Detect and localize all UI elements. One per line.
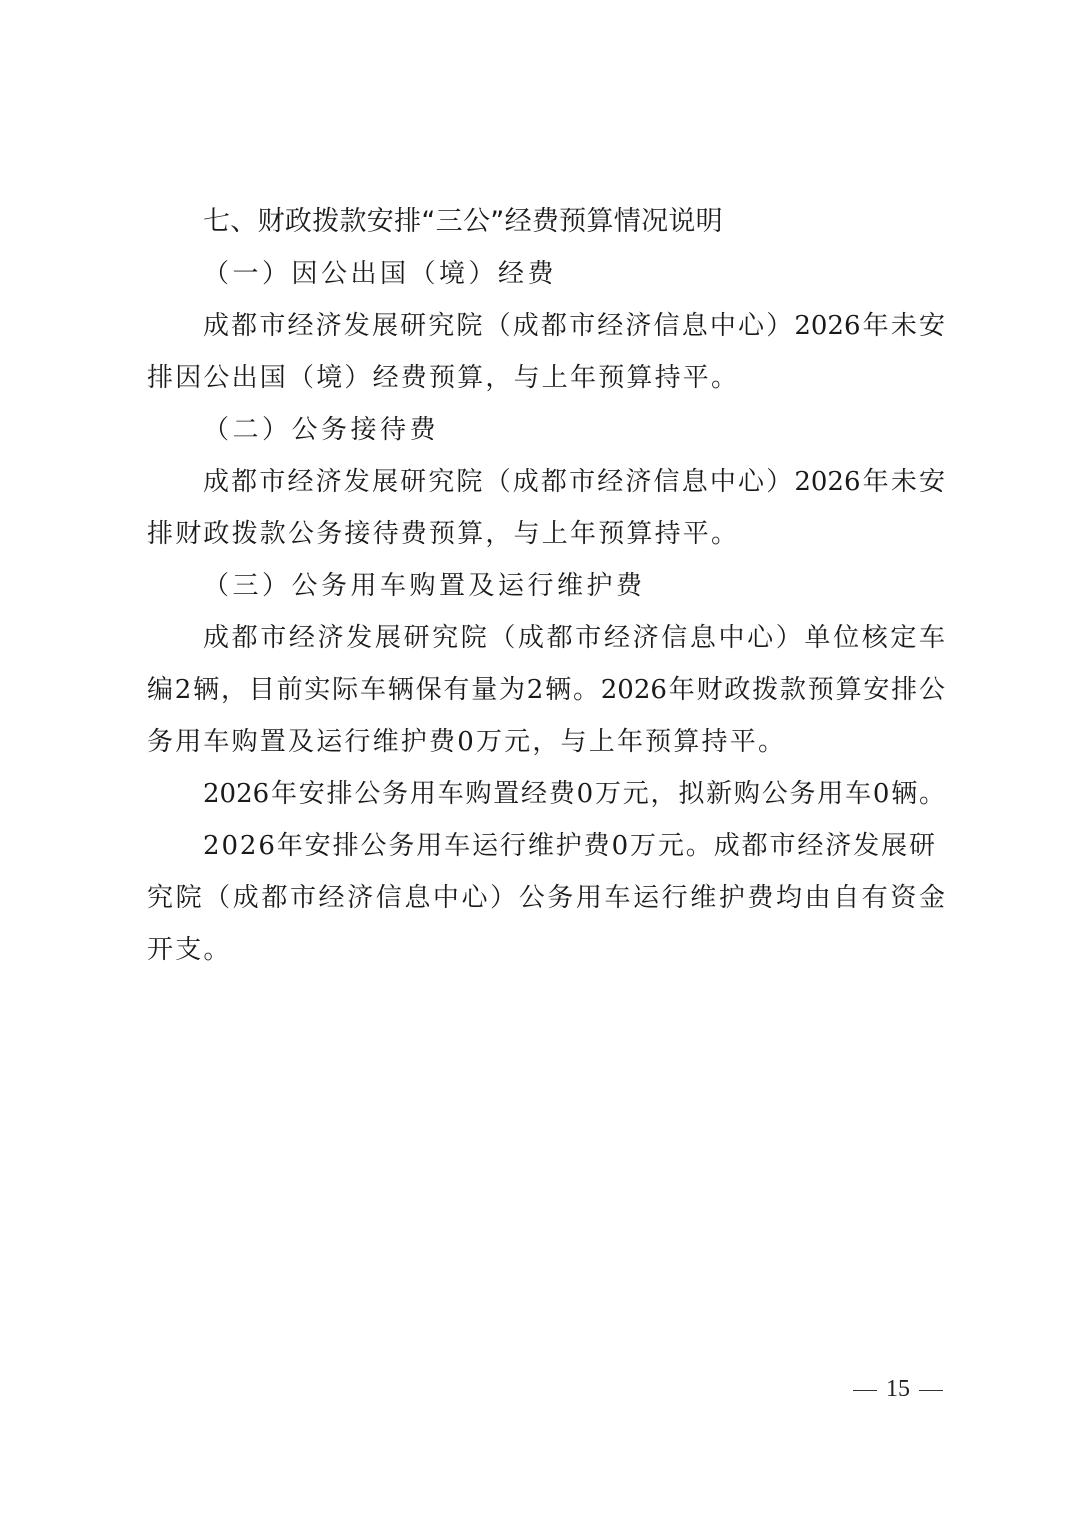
paragraph-line: 成都市经济发展研究院（成都市经济信息中心）2026年未安 — [203, 456, 945, 508]
paragraph-line: 2026年安排公务用车运行维护费0万元。成都市经济发展研 — [203, 820, 937, 872]
paragraph-line: 成都市经济发展研究院（成都市经济信息中心）2026年未安 — [203, 300, 945, 352]
page-number: 15 — [844, 1376, 952, 1403]
subsection-heading-3: （三）公务用车购置及运行维护费 — [203, 560, 646, 612]
section-title: 七、财政拨款安排“三公”经费预算情况说明 — [203, 196, 723, 248]
subsection-heading-1: （一）因公出国（境）经费 — [203, 248, 557, 300]
paragraph-line: 2026年安排公务用车购置经费0万元，拟新购公务用车0辆。 — [203, 768, 945, 820]
dash-right — [919, 1390, 943, 1392]
paragraph-line: 排因公出国（境）经费预算，与上年预算持平。 — [147, 352, 739, 404]
paragraph-line: 成都市经济发展研究院（成都市经济信息中心）单位核定车 — [203, 612, 945, 664]
paragraph-line: 究院（成都市经济信息中心）公务用车运行维护费均由自有资金 — [147, 872, 945, 924]
subsection-heading-2: （二）公务接待费 — [203, 404, 439, 456]
dash-left — [853, 1390, 877, 1392]
paragraph-line: 务用车购置及运行维护费0万元，与上年预算持平。 — [147, 716, 786, 768]
paragraph-line: 排财政拨款公务接待费预算，与上年预算持平。 — [147, 508, 739, 560]
page-number-value: 15 — [886, 1376, 910, 1402]
paragraph-line: 开支。 — [147, 924, 232, 976]
paragraph-line: 编2辆，目前实际车辆保有量为2辆。2026年财政拨款预算安排公 — [147, 664, 945, 716]
